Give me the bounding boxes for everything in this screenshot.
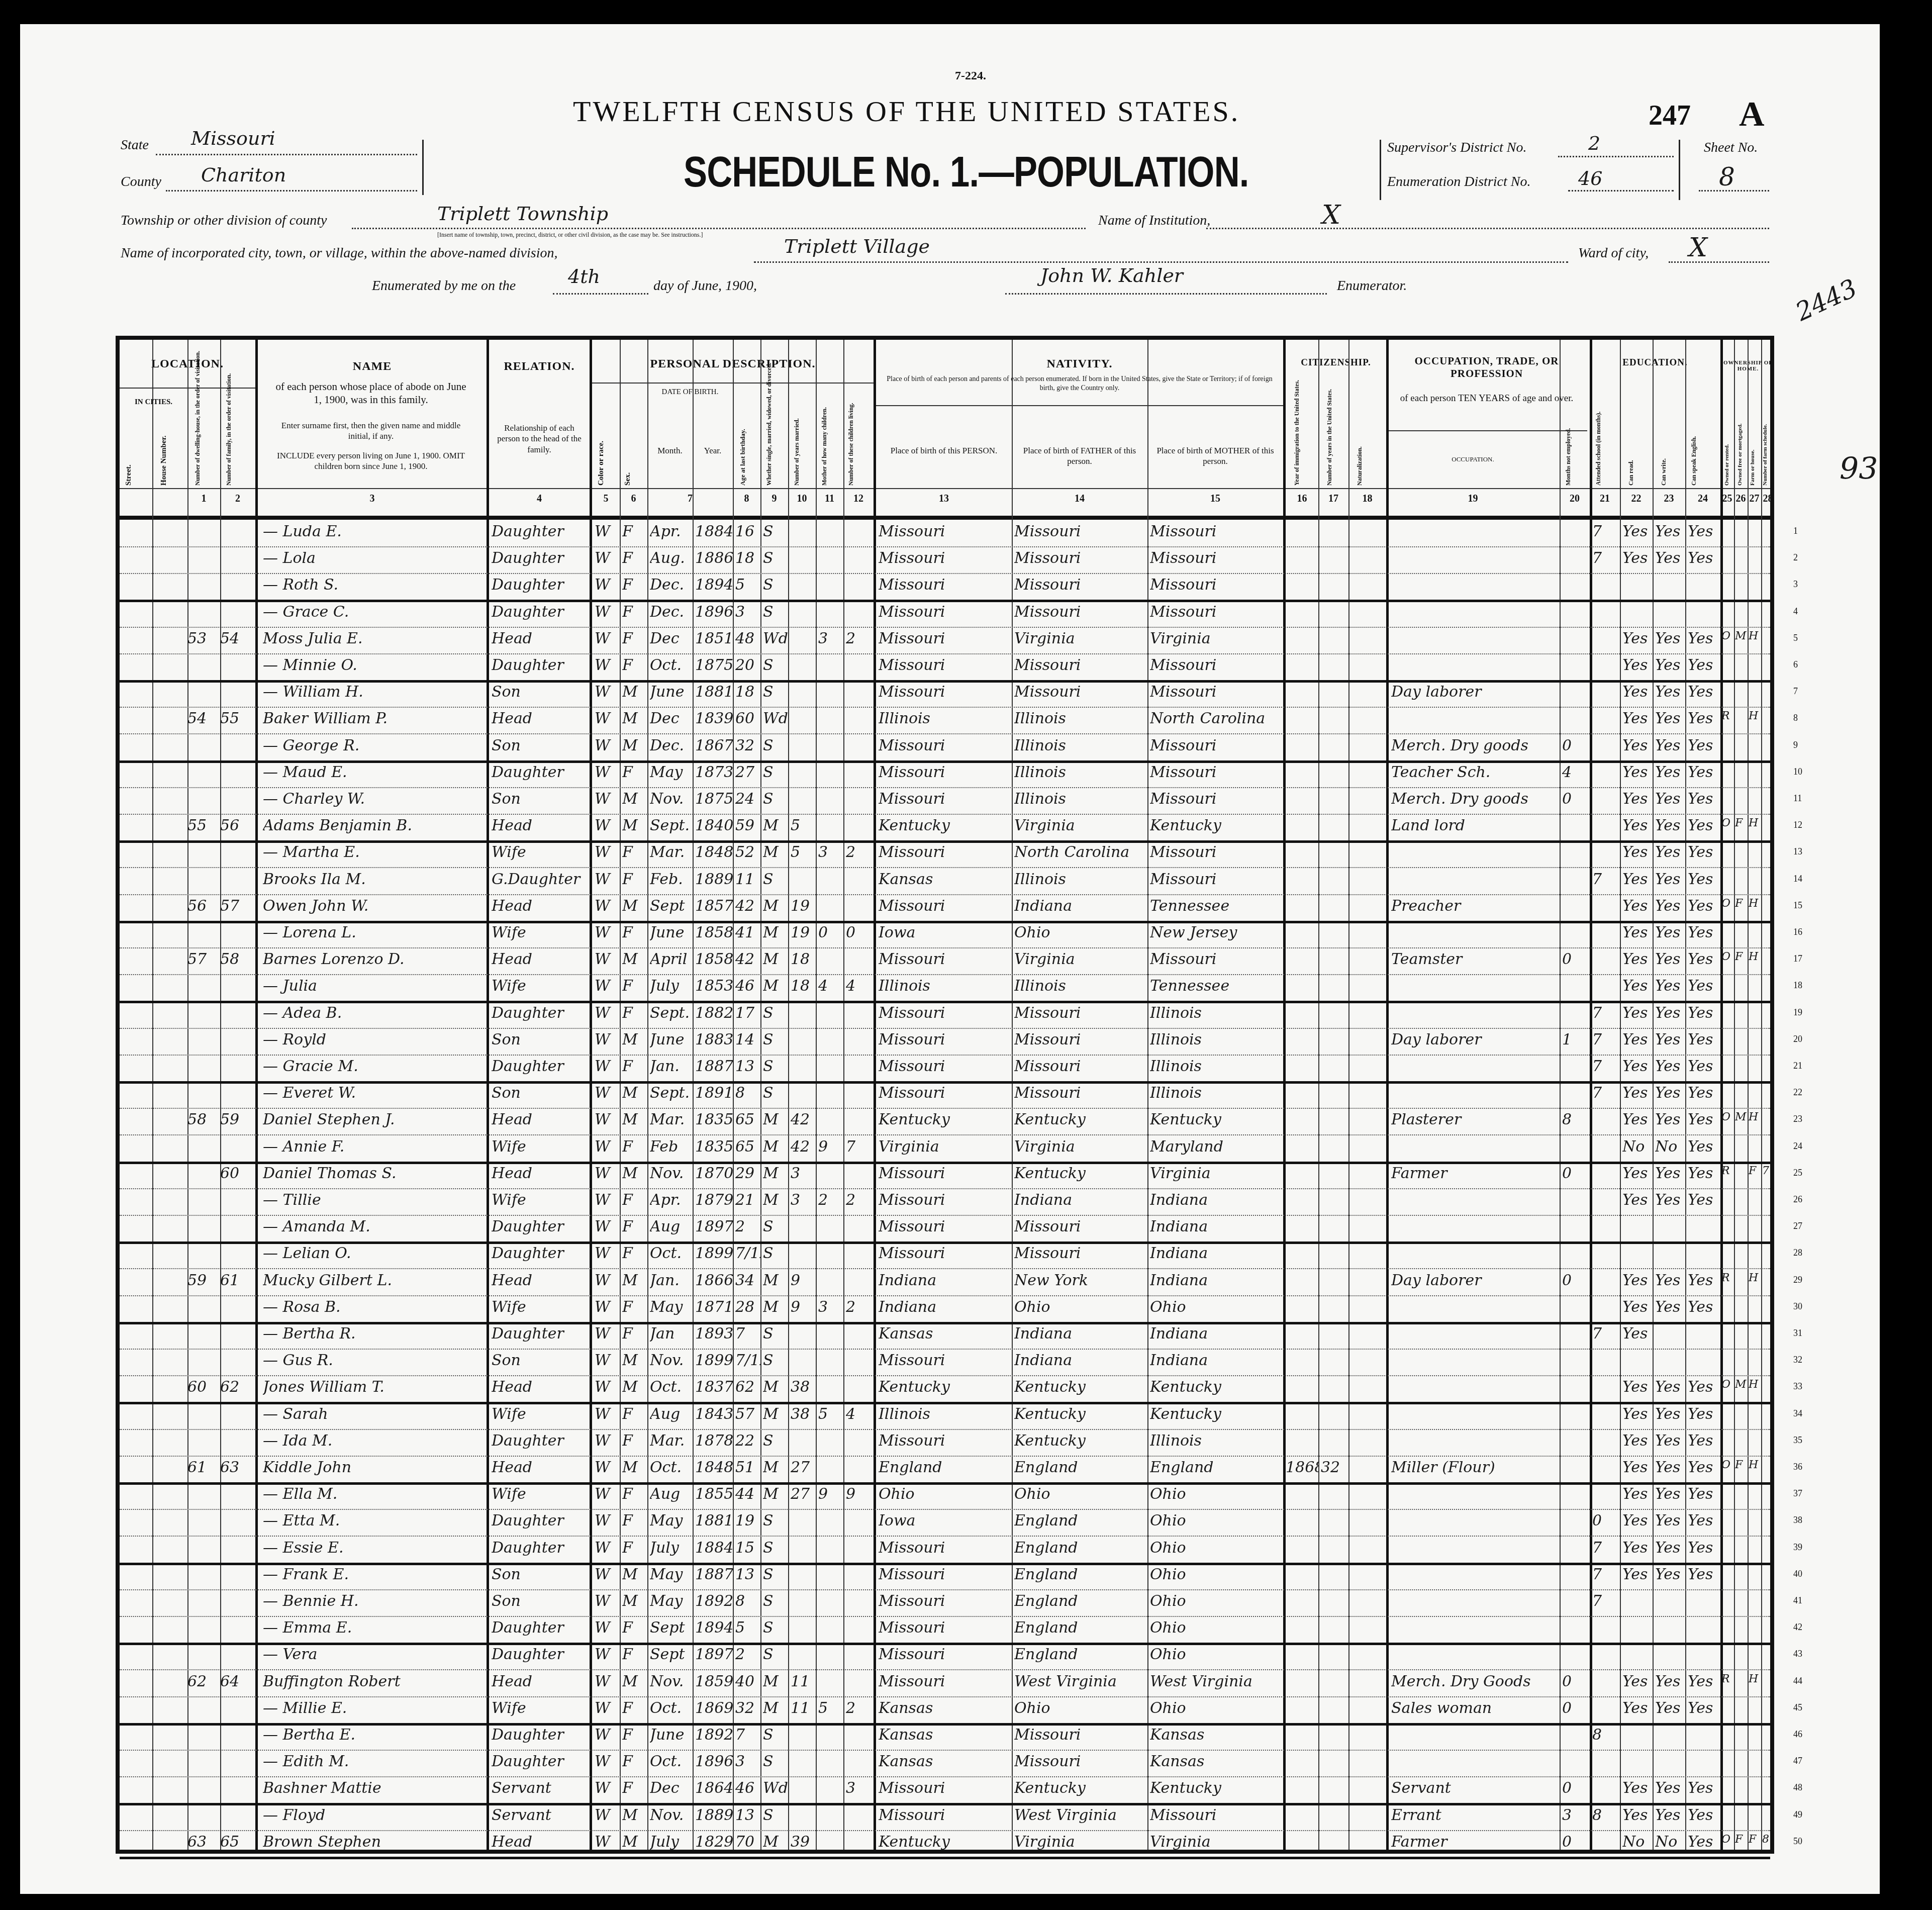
can-speak-english-cell: Yes — [1688, 1699, 1720, 1717]
col-num-1: 1 — [187, 493, 220, 505]
mother-of-children-cell: 0 — [818, 924, 843, 941]
months-unemployed-cell: 0 — [1562, 1779, 1590, 1797]
birthplace-mother-cell: Maryland — [1150, 1138, 1283, 1156]
nativity-header: NATIVITY. — [876, 357, 1283, 371]
table-row: — Amanda M.DaughterWFAug18972SMissouriMi… — [120, 1215, 1770, 1244]
birth-year-cell: 1889 — [695, 1806, 733, 1824]
can-speak-english-cell: Yes — [1688, 630, 1720, 647]
birthplace-father-cell: Ohio — [1014, 1298, 1147, 1316]
occupation-cell: Farmer — [1391, 1165, 1560, 1182]
children-living-cell: 7 — [846, 1138, 874, 1156]
relation-cell: Daughter — [492, 576, 590, 594]
marital-status-cell: M — [763, 1405, 788, 1423]
marital-status-cell: S — [763, 1031, 788, 1048]
age-cell: 57 — [735, 1405, 760, 1423]
person-name-cell: — Millie E. — [263, 1699, 487, 1717]
immigration-header: Year of immigration to the United States… — [1293, 380, 1301, 486]
months-unemployed-cell: 0 — [1562, 1165, 1590, 1182]
birth-month-cell: June — [650, 683, 693, 701]
age-cell: 16 — [735, 523, 760, 540]
birthplace-mother-cell: Kentucky — [1150, 1405, 1283, 1423]
color-cell: W — [595, 1726, 620, 1744]
marital-status-cell: S — [763, 1218, 788, 1235]
can-write-cell: Yes — [1655, 1378, 1685, 1396]
farm-house-cell: H — [1749, 630, 1761, 642]
birthplace-father-cell: England — [1014, 1566, 1147, 1583]
enumerator-suffix: Enumerator. — [1337, 278, 1407, 294]
state-value: Missouri — [191, 127, 275, 149]
color-cell: W — [595, 656, 620, 674]
birthplace-person-cell: Missouri — [879, 1806, 1012, 1824]
birth-month-cell: Dec. — [650, 576, 693, 594]
birth-year-cell: 1848 — [695, 843, 733, 861]
color-cell: W — [595, 1352, 620, 1369]
person-name-cell: — Maud E. — [263, 763, 487, 781]
birthplace-mother-cell: New Jersey — [1150, 924, 1283, 941]
table-row: — Everet W.SonWMSept.18918SMissouriMisso… — [120, 1081, 1770, 1109]
birth-year-cell: 1897 — [695, 1218, 733, 1235]
free-mortgaged-cell: F — [1735, 950, 1748, 963]
birthplace-person-cell: Kansas — [879, 1726, 1012, 1744]
relation-cell: Wife — [492, 1138, 590, 1156]
table-row: Bashner MattieServantWFDec186446Wd3Misso… — [120, 1776, 1770, 1805]
birthplace-mother-cell: Tennessee — [1150, 977, 1283, 995]
can-read-cell: Yes — [1622, 790, 1653, 808]
birthplace-father-cell: England — [1014, 1539, 1147, 1557]
marital-status-cell: S — [763, 1084, 788, 1102]
months-unemployed-cell: 3 — [1562, 1806, 1590, 1824]
attended-school-cell: 7 — [1592, 1084, 1620, 1102]
birth-year-cell: 1875 — [695, 790, 733, 808]
margin-note-right: 93 — [1840, 451, 1878, 487]
can-write-cell: Yes — [1655, 1031, 1685, 1048]
can-speak-english-cell: Yes — [1688, 950, 1720, 968]
township-value: Triplett Township — [437, 203, 608, 225]
family-number-cell: 57 — [220, 897, 255, 915]
birthplace-father-cell: Indiana — [1014, 1352, 1147, 1369]
birth-month-cell: July — [650, 1539, 693, 1557]
street-header: Street. — [125, 425, 133, 486]
birthplace-mother-cell: Missouri — [1150, 656, 1283, 674]
occupation-desc: of each person TEN YEARS of age and over… — [1396, 393, 1577, 405]
birthplace-mother-cell: Missouri — [1150, 683, 1283, 701]
owned-rented-cell: O — [1721, 1111, 1734, 1123]
relation-cell: Son — [492, 1352, 590, 1369]
birthplace-mother-cell: Kansas — [1150, 1726, 1283, 1744]
sex-cell: M — [622, 1111, 647, 1128]
birthplace-father-cell: Missouri — [1014, 549, 1147, 567]
col-num-22: 22 — [1620, 493, 1653, 505]
birthplace-father-cell: West Virginia — [1014, 1673, 1147, 1690]
marital-status-cell: S — [763, 1806, 788, 1824]
color-cell: W — [595, 683, 620, 701]
birth-month-cell: May — [650, 1298, 693, 1316]
birth-year-cell: 1851 — [695, 630, 733, 647]
birthplace-mother-cell: Missouri — [1150, 871, 1283, 888]
birth-month-cell: Dec — [650, 710, 693, 727]
can-read-cell: Yes — [1622, 1272, 1653, 1289]
birthplace-mother-cell: Missouri — [1150, 843, 1283, 861]
birthplace-father-cell: Kentucky — [1014, 1779, 1147, 1797]
marital-status-cell: M — [763, 1699, 788, 1717]
age-cell: 27 — [735, 763, 760, 781]
brace — [1679, 140, 1680, 200]
months-unemployed-cell: 8 — [1562, 1111, 1590, 1128]
can-read-cell: No — [1622, 1833, 1653, 1851]
marital-status-cell: M — [763, 1111, 788, 1128]
line-number: 10 — [1793, 767, 1802, 777]
can-write-cell: Yes — [1655, 1191, 1685, 1209]
table-row: — LolaDaughterWFAug.188618SMissouriMisso… — [120, 546, 1770, 574]
birthplace-person-cell: Illinois — [879, 977, 1012, 995]
birthplace-person-cell: Missouri — [879, 737, 1012, 754]
birth-year-cell: 1896 — [695, 603, 733, 621]
family-number-cell: 64 — [220, 1673, 255, 1690]
sex-cell: F — [622, 1646, 647, 1663]
sex-cell: F — [622, 1138, 647, 1156]
table-row: — Bertha E.DaughterWFJune18927SKansasMis… — [120, 1723, 1770, 1751]
farm-house-cell: H — [1749, 1459, 1761, 1471]
owned-rented-cell: O — [1721, 630, 1734, 642]
marital-status-cell: S — [763, 1245, 788, 1262]
city-value: Triplett Village — [784, 235, 930, 257]
birthplace-person-cell: Missouri — [879, 603, 1012, 621]
birthplace-father-cell: Missouri — [1014, 1753, 1147, 1770]
person-name-cell: — Etta M. — [263, 1512, 487, 1530]
birthplace-father-cell: Missouri — [1014, 1726, 1147, 1744]
sex-cell: F — [622, 1726, 647, 1744]
birthplace-person-cell: Missouri — [879, 630, 1012, 647]
person-name-cell: — William H. — [263, 683, 487, 701]
table-row: — RoyldSonWMJune188314SMissouriMissouriI… — [120, 1028, 1770, 1056]
age-cell: 24 — [735, 790, 760, 808]
can-read-cell: Yes — [1622, 630, 1653, 647]
sex-cell: F — [622, 1779, 647, 1797]
can-speak-english-cell: Yes — [1688, 1031, 1720, 1048]
years-married-cell: 11 — [791, 1673, 816, 1690]
enumerated-mid: day of June, 1900, — [653, 278, 757, 294]
col-num-20: 20 — [1560, 493, 1590, 505]
birthplace-person-cell: England — [879, 1459, 1012, 1476]
dwelling-number-cell: 60 — [187, 1378, 220, 1396]
enumeration-value: 46 — [1578, 167, 1602, 189]
birthplace-father-cell: England — [1014, 1459, 1147, 1476]
birthplace-person-cell: Missouri — [879, 683, 1012, 701]
occupation-cell: Plasterer — [1391, 1111, 1560, 1128]
years-married-cell: 5 — [791, 843, 816, 861]
state-line — [156, 154, 417, 155]
can-write-cell: Yes — [1655, 950, 1685, 968]
line-number: 34 — [1793, 1408, 1802, 1419]
person-name-cell: — Roth S. — [263, 576, 487, 594]
can-read-cell: Yes — [1622, 1539, 1653, 1557]
table-header: LOCATION. IN CITIES. Street. House Numbe… — [120, 340, 1770, 518]
marital-status-cell: S — [763, 1566, 788, 1583]
sex-cell: M — [622, 1806, 647, 1824]
table-row: 5961Mucky Gilbert L.HeadWMJan.186634M9In… — [120, 1269, 1770, 1296]
line-number: 35 — [1793, 1435, 1802, 1446]
person-name-cell: — Bennie H. — [263, 1592, 487, 1610]
farm-house-cell: F — [1749, 1165, 1761, 1177]
birth-month-cell: Jan. — [650, 1058, 693, 1075]
table-row: — Etta M.DaughterWFMay188119SIowaEngland… — [120, 1509, 1770, 1537]
occupation-cell: Miller (Flour) — [1391, 1459, 1560, 1476]
birth-year-cell: 1840 — [695, 817, 733, 834]
can-write-cell: Yes — [1655, 897, 1685, 915]
birth-month-cell: Mar. — [650, 1111, 693, 1128]
family-number-cell: 62 — [220, 1378, 255, 1396]
relation-cell: Servant — [492, 1779, 590, 1797]
birthplace-father-cell: Kentucky — [1014, 1111, 1147, 1128]
birth-year-cell: 1882 — [695, 1004, 733, 1022]
can-read-cell: Yes — [1622, 1165, 1653, 1182]
relation-cell: Daughter — [492, 603, 590, 621]
can-speak-english-cell: Yes — [1688, 790, 1720, 808]
can-write-cell: Yes — [1655, 737, 1685, 754]
person-name-cell: Bashner Mattie — [263, 1779, 487, 1797]
mother-of-children-cell: 3 — [818, 630, 843, 647]
can-read-cell: Yes — [1622, 1004, 1653, 1022]
birth-month-cell: Jan — [650, 1325, 693, 1343]
birthplace-mother-cell: Indiana — [1150, 1272, 1283, 1289]
birth-month-cell: Apr. — [650, 1191, 693, 1209]
sex-cell: M — [622, 1673, 647, 1690]
col-num-8: 8 — [733, 493, 760, 505]
col-num-28: 28 — [1761, 493, 1775, 505]
table-row: 5455Baker William P.HeadWMDec183960WdIll… — [120, 707, 1770, 734]
birthplace-person-cell: Kansas — [879, 1753, 1012, 1770]
color-cell: W — [595, 871, 620, 888]
relation-cell: Son — [492, 1031, 590, 1048]
person-name-cell: — George R. — [263, 737, 487, 754]
can-speak-english-cell: Yes — [1688, 1485, 1720, 1503]
sheet-value: 8 — [1719, 162, 1735, 192]
birthplace-mother-cell: Ohio — [1150, 1539, 1283, 1557]
can-read-cell: Yes — [1622, 1459, 1653, 1476]
year-header: Year. — [693, 445, 733, 456]
can-write-cell: Yes — [1655, 1165, 1685, 1182]
col-num-17: 17 — [1318, 493, 1348, 505]
birth-year-cell: 1887 — [695, 1566, 733, 1583]
line-number: 26 — [1793, 1194, 1802, 1205]
years-married-cell: 5 — [791, 817, 816, 834]
mother-of-children-cell: 2 — [818, 1191, 843, 1209]
table-row: 60Daniel Thomas S.HeadWMNov.187029M3Miss… — [120, 1162, 1770, 1189]
can-write-cell: Yes — [1655, 683, 1685, 701]
birthplace-mother-cell: Kentucky — [1150, 1378, 1283, 1396]
can-write-cell: Yes — [1655, 924, 1685, 941]
sex-cell: F — [622, 871, 647, 888]
marital-status-cell: M — [763, 1272, 788, 1289]
enum-day-line — [553, 293, 648, 295]
age-cell: 60 — [735, 710, 760, 727]
birthplace-person-cell: Kansas — [879, 1325, 1012, 1343]
birthplace-mother-cell: Virginia — [1150, 1833, 1283, 1851]
birthplace-father-cell: Missouri — [1014, 683, 1147, 701]
free-mortgaged-cell: M — [1735, 1378, 1748, 1391]
occupation-cell: Teacher Sch. — [1391, 763, 1560, 781]
birth-year-cell: 1859 — [695, 1673, 733, 1690]
owned-rented-cell: R — [1721, 1673, 1734, 1685]
marital-header: Whether single, married, widowed, or div… — [765, 380, 773, 486]
farm-house-cell: H — [1749, 710, 1761, 722]
occupation-cell: Merch. Dry goods — [1391, 790, 1560, 808]
table-row: — William H.SonWMJune188118SMissouriMiss… — [120, 680, 1770, 708]
marital-status-cell: S — [763, 1619, 788, 1637]
rule — [120, 488, 1770, 489]
sex-header: Sex. — [624, 460, 632, 486]
occupation-cell: Teamster — [1391, 950, 1560, 968]
table-row: — Edith M.DaughterWFOct.18963SKansasMiss… — [120, 1750, 1770, 1777]
line-number: 28 — [1793, 1248, 1802, 1258]
family-number-cell: 61 — [220, 1272, 255, 1289]
birthplace-mother-cell: Missouri — [1150, 1806, 1283, 1824]
sex-cell: M — [622, 817, 647, 834]
can-read-cell: Yes — [1622, 549, 1653, 567]
birth-month-cell: Oct. — [650, 656, 693, 674]
owned-rented-cell: O — [1721, 897, 1734, 910]
birthplace-father-cell: England — [1014, 1512, 1147, 1530]
can-write-cell: Yes — [1655, 1539, 1685, 1557]
supervisor-label: Supervisor's District No. — [1387, 140, 1526, 156]
birth-month-cell: Dec. — [650, 737, 693, 754]
census-title: TWELFTH CENSUS OF THE UNITED STATES. — [573, 94, 1240, 128]
years-married-cell: 42 — [791, 1138, 816, 1156]
can-speak-english-cell: Yes — [1688, 1084, 1720, 1102]
color-cell: W — [595, 1592, 620, 1610]
table-row: 6365Brown StephenHeadWMJuly182970M39Kent… — [120, 1830, 1770, 1859]
color-cell: W — [595, 1111, 620, 1128]
occupation-cell: Sales woman — [1391, 1699, 1560, 1717]
birthplace-father-cell: England — [1014, 1619, 1147, 1637]
birth-month-cell: Aug. — [650, 549, 693, 567]
birthplace-mother-cell: Indiana — [1150, 1191, 1283, 1209]
sex-cell: M — [622, 1352, 647, 1369]
marital-status-cell: M — [763, 897, 788, 915]
birth-year-cell: 1866 — [695, 1272, 733, 1289]
can-speak-english-cell: Yes — [1688, 1058, 1720, 1075]
free-mortgaged-cell: M — [1735, 630, 1748, 642]
sex-cell: F — [622, 1058, 647, 1075]
table-row: 6163Kiddle JohnHeadWMOct.184851M27Englan… — [120, 1456, 1770, 1485]
occupation-cell: Farmer — [1391, 1833, 1560, 1851]
line-number: 38 — [1793, 1515, 1802, 1525]
farm-house-cell: H — [1749, 1673, 1761, 1685]
can-write-cell: Yes — [1655, 790, 1685, 808]
person-name-cell: — Floyd — [263, 1806, 487, 1824]
mother-children-header: Mother of how many children. — [821, 380, 828, 486]
relation-cell: Daughter — [492, 1245, 590, 1262]
birth-year-cell: 1879 — [695, 1191, 733, 1209]
attended-school-cell: 7 — [1592, 1058, 1620, 1075]
sex-cell: M — [622, 710, 647, 727]
owned-rented-cell: O — [1721, 817, 1734, 829]
can-read-cell: Yes — [1622, 1084, 1653, 1102]
birth-month-cell: May — [650, 1512, 693, 1530]
city-label: Name of incorporated city, town, or vill… — [121, 245, 557, 261]
color-cell: W — [595, 924, 620, 941]
color-cell: W — [595, 790, 620, 808]
person-name-cell: — Lorena L. — [263, 924, 487, 941]
can-speak-english-cell: Yes — [1688, 656, 1720, 674]
can-speak-english-cell: Yes — [1688, 843, 1720, 861]
col-num-19: 19 — [1386, 493, 1560, 505]
line-number: 1 — [1793, 526, 1798, 536]
marital-status-cell: S — [763, 1058, 788, 1075]
age-cell: 46 — [735, 977, 760, 995]
can-write-cell: No — [1655, 1833, 1685, 1851]
birthplace-father-cell: Illinois — [1014, 871, 1147, 888]
family-number-cell: 56 — [220, 817, 255, 834]
marital-status-cell: M — [763, 1138, 788, 1156]
can-read-cell: Yes — [1622, 1111, 1653, 1128]
age-cell: 11 — [735, 871, 760, 888]
mother-of-children-cell: 9 — [818, 1485, 843, 1503]
birthplace-mother-cell: Missouri — [1150, 603, 1283, 621]
age-cell: 7 — [735, 1726, 760, 1744]
birth-year-cell: 1867 — [695, 737, 733, 754]
can-speak-english-cell: Yes — [1688, 1539, 1720, 1557]
line-number: 4 — [1793, 606, 1798, 617]
relation-cell: Son — [492, 1084, 590, 1102]
table-row: — Annie F.WifeWFFeb183565M4297VirginiaVi… — [120, 1135, 1770, 1164]
line-number: 39 — [1793, 1542, 1802, 1553]
can-speak-english-cell: Yes — [1688, 523, 1720, 540]
city-line — [754, 261, 1568, 263]
person-name-cell: — Luda E. — [263, 523, 487, 540]
color-cell: W — [595, 1779, 620, 1797]
marital-status-cell: Wd — [763, 630, 788, 647]
marital-status-cell: S — [763, 683, 788, 701]
months-unemployed-cell: 1 — [1562, 1031, 1590, 1048]
owned-rented-cell: O — [1721, 1378, 1734, 1391]
dwelling-number-cell: 61 — [187, 1459, 220, 1476]
table-row: — Minnie O.DaughterWFOct.187520SMissouri… — [120, 653, 1770, 683]
birthplace-mother-cell: West Virginia — [1150, 1673, 1283, 1690]
sex-cell: F — [622, 656, 647, 674]
relation-cell: Son — [492, 1592, 590, 1610]
color-cell: W — [595, 1004, 620, 1022]
color-cell: W — [595, 1539, 620, 1557]
col-num-14: 14 — [1012, 493, 1147, 505]
birth-month-cell: Oct. — [650, 1245, 693, 1262]
color-cell: W — [595, 630, 620, 647]
age-cell: 48 — [735, 630, 760, 647]
township-hint: [Insert name of township, town, precinct… — [437, 231, 703, 239]
person-name-cell: — Essie E. — [263, 1539, 487, 1557]
farm-house-cell: H — [1749, 950, 1761, 963]
birthplace-father-cell: England — [1014, 1646, 1147, 1663]
can-speak-english-cell: Yes — [1688, 683, 1720, 701]
birth-month-cell: June — [650, 1031, 693, 1048]
can-read-cell: Yes — [1622, 1699, 1653, 1717]
age-cell: 13 — [735, 1806, 760, 1824]
birthplace-father-cell: Indiana — [1014, 1191, 1147, 1209]
table-row: — Adea B.DaughterWFSept.188217SMissouriM… — [120, 1001, 1770, 1029]
person-name-cell: Barnes Lorenzo D. — [263, 950, 487, 968]
person-name-cell: Moss Julia E. — [263, 630, 487, 647]
sex-cell: F — [622, 1004, 647, 1022]
dwelling-number-cell: 54 — [187, 710, 220, 727]
table-row: 5859Daniel Stephen J.HeadWMMar.183565M42… — [120, 1108, 1770, 1135]
line-number: 22 — [1793, 1087, 1802, 1098]
birthplace-father-cell: Virginia — [1014, 1138, 1147, 1156]
birthplace-person-cell: Missouri — [879, 1218, 1012, 1235]
relation-cell: Wife — [492, 1405, 590, 1423]
person-name-cell: — Tillie — [263, 1191, 487, 1209]
children-living-cell: 0 — [846, 924, 874, 941]
birth-month-cell: Sept. — [650, 1004, 693, 1022]
